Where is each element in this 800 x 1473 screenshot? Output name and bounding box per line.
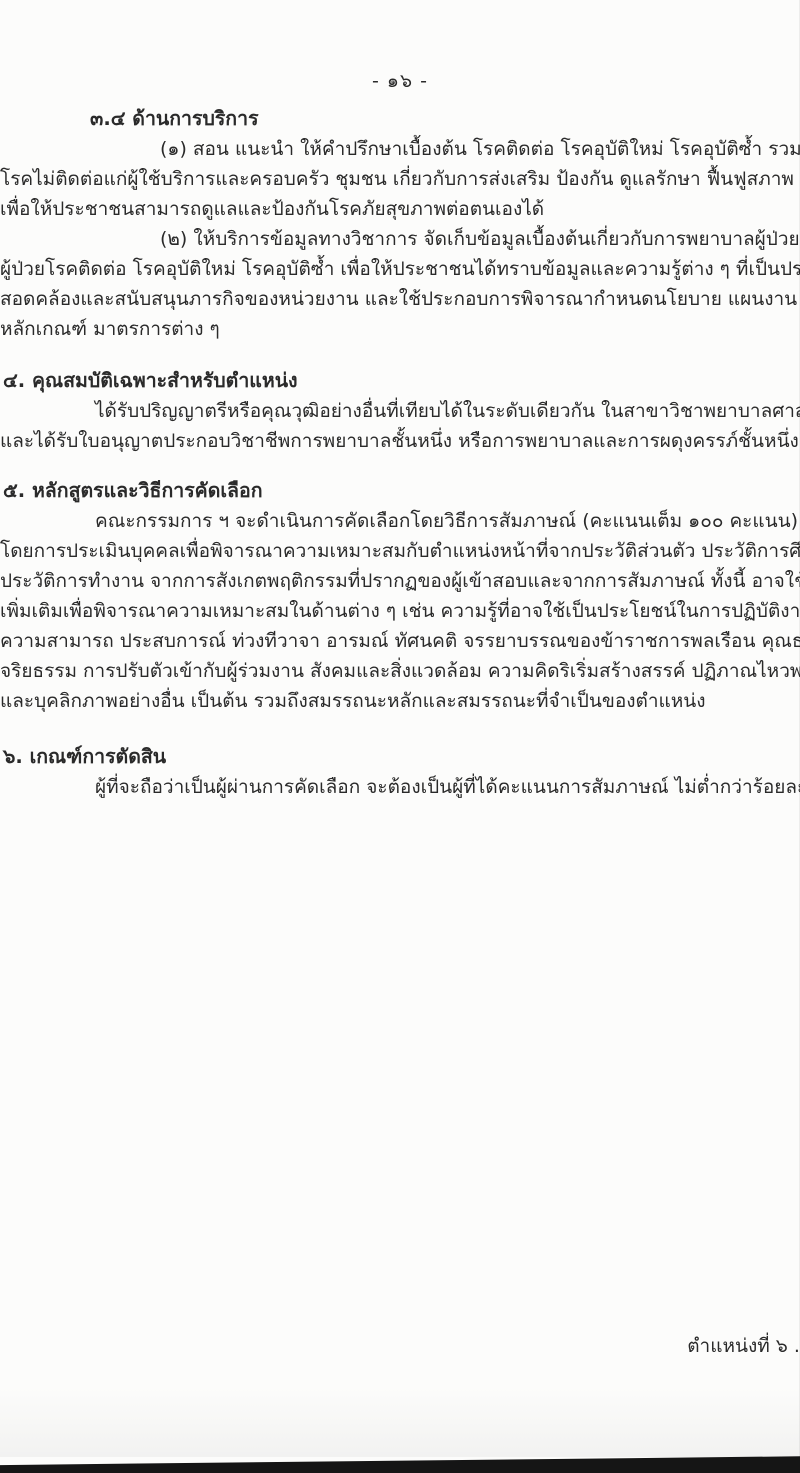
footer-position-note: ตำแหน่งที่ ๖ .. — [687, 1331, 800, 1361]
text-line: ผู้ที่จะถือว่าเป็นผู้ผ่านการคัดเลือก จะต… — [0, 772, 800, 802]
text-line: และบุคลิกภาพอย่างอื่น เป็นต้น รวมถึงสมรร… — [0, 686, 800, 716]
text-line: คณะกรรมการ ฯ จะดำเนินการคัดเลือกโดยวิธีก… — [0, 506, 800, 536]
text-line: (๑) สอน แนะนำ ให้คำปรึกษาเบื้องต้น โรคติ… — [0, 134, 800, 164]
text-line: จริยธรรม การปรับตัวเข้ากับผู้ร่วมงาน สัง… — [0, 656, 800, 686]
document-body: ๓.๔ ด้านการบริการ (๑) สอน แนะนำ ให้คำปรึ… — [0, 104, 800, 802]
section-6-heading: ๖. เกณฑ์การตัดสิน — [0, 742, 800, 772]
section-4-heading: ๔. คุณสมบัติเฉพาะสำหรับตำแหน่ง — [0, 366, 800, 396]
text-line: เพิ่มเติมเพื่อพิจารณาความเหมาะสมในด้านต่… — [0, 596, 800, 626]
text-line: เพื่อให้ประชาชนสามารถดูแลและป้องกันโรคภั… — [0, 194, 800, 224]
text-line: หลักเกณฑ์ มาตรการต่าง ๆ — [0, 314, 800, 344]
text-line: โรคไม่ติดต่อแก่ผู้ใช้บริการและครอบครัว ช… — [0, 164, 800, 194]
text-line: (๒) ให้บริการข้อมูลทางวิชาการ จัดเก็บข้อ… — [0, 224, 800, 254]
text-line: ได้รับปริญญาตรีหรือคุณวุฒิอย่างอื่นที่เท… — [0, 396, 800, 426]
scan-shadow-artifact — [0, 1387, 800, 1457]
page-number: - ๑๖ - — [0, 66, 800, 96]
text-line: สอดคล้องและสนับสนุนภารกิจของหน่วยงาน และ… — [0, 284, 800, 314]
text-line: ความสามารถ ประสบการณ์ ท่วงทีวาจา อารมณ์ … — [0, 626, 800, 656]
text-line: ประวัติการทำงาน จากการสังเกตพฤติกรรมที่ป… — [0, 566, 800, 596]
section-5-heading: ๕. หลักสูตรและวิธีการคัดเลือก — [0, 476, 800, 506]
scanned-document-page: - ๑๖ - ๓.๔ ด้านการบริการ (๑) สอน แนะนำ ใ… — [0, 0, 800, 1473]
text-line: โดยการประเมินบุคคลเพื่อพิจารณาความเหมาะส… — [0, 536, 800, 566]
text-line: ผู้ป่วยโรคติดต่อ โรคอุบัติใหม่ โรคอุบัติ… — [0, 254, 800, 284]
section-3-4-heading: ๓.๔ ด้านการบริการ — [0, 104, 800, 134]
text-line: และได้รับใบอนุญาตประกอบวิชาชีพการพยาบาลช… — [0, 426, 800, 456]
